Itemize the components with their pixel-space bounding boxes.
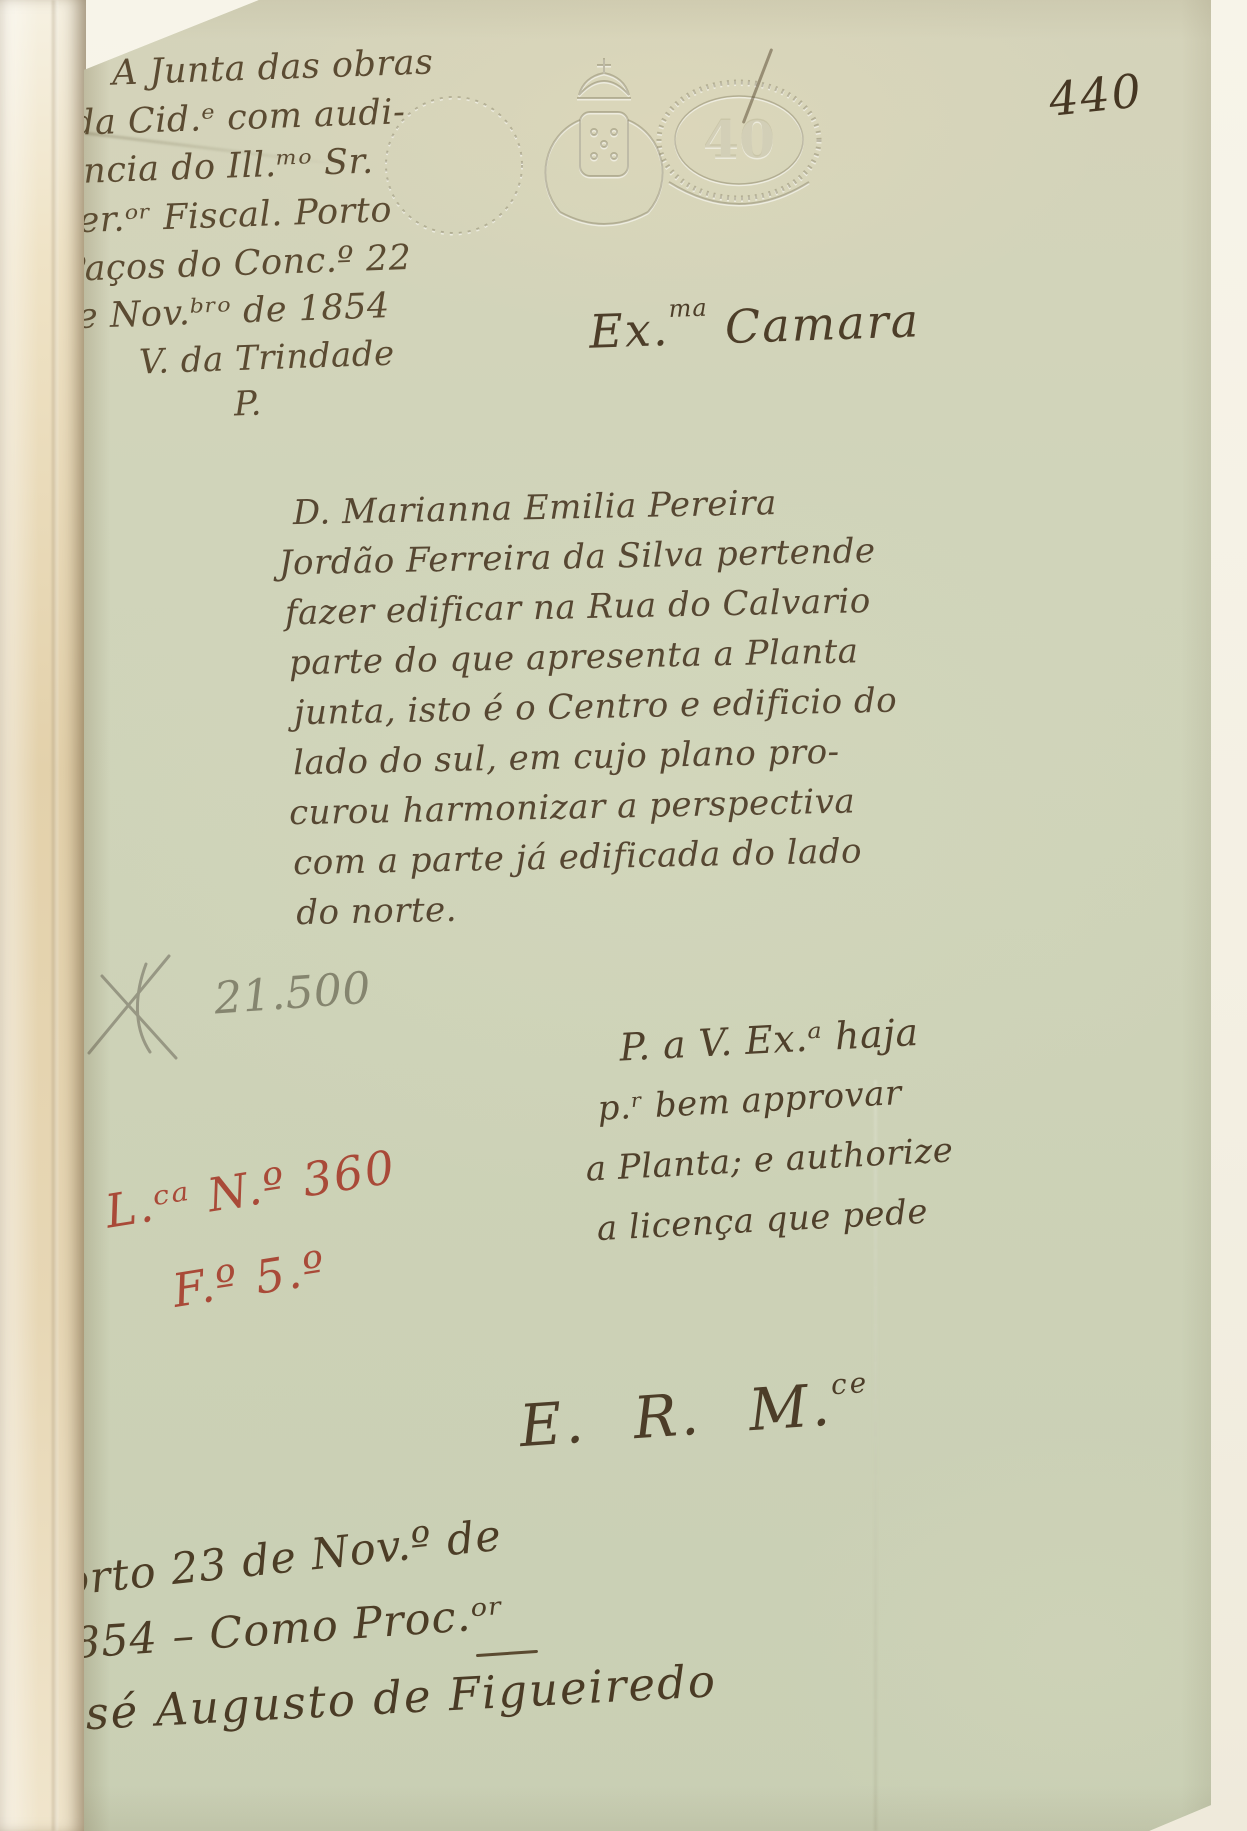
salutation-abbr: Ex. bbox=[588, 302, 670, 359]
salutation-superscript: ma bbox=[668, 294, 708, 323]
pencil-fee-amount: 21.500 bbox=[212, 963, 372, 1025]
registry-folio-number: F.º 5.º bbox=[169, 1240, 331, 1318]
salutation-word: Camara bbox=[724, 293, 921, 354]
folio-number: 440 bbox=[1046, 63, 1145, 127]
signature-flourish bbox=[476, 1650, 538, 1657]
closing-superscript: ce bbox=[830, 1366, 870, 1402]
signature: José Augusto de Figueiredo bbox=[84, 1654, 718, 1743]
dateline-year-role: 1854 – Como Proc.ᵒʳ bbox=[84, 1589, 506, 1671]
book-spine-fold bbox=[0, 0, 86, 1831]
petition-body: D. Marianna Emilia Pereira Jordão Ferrei… bbox=[277, 476, 901, 939]
stamp-40-icon: 40 bbox=[703, 110, 775, 171]
parish-note: V. da Trindade bbox=[138, 330, 395, 387]
spine-crease bbox=[52, 0, 58, 1831]
petition-request: P. a V. Ex.ᵃ haja p.ʳ bem approvar a Pla… bbox=[578, 1001, 958, 1260]
closing-main: E. R. M. bbox=[517, 1370, 835, 1460]
parish-mark: P. bbox=[233, 380, 262, 429]
registry-license-number: L.ᶜᵃ N.º 360 bbox=[102, 1139, 400, 1238]
salutation: Ex.ma Camara bbox=[588, 286, 921, 359]
closing-formula: E. R. M.ce bbox=[517, 1366, 873, 1460]
scanned-manuscript: { "colors": { "paper": "#ced3b8", "ink":… bbox=[0, 0, 1247, 1831]
manuscript-page: 40 40 A Junta das obras da Cid.ᵉ com aud… bbox=[84, 0, 1211, 1831]
embossed-seal: 40 40 bbox=[384, 40, 824, 265]
pencil-monogram bbox=[84, 938, 204, 1068]
